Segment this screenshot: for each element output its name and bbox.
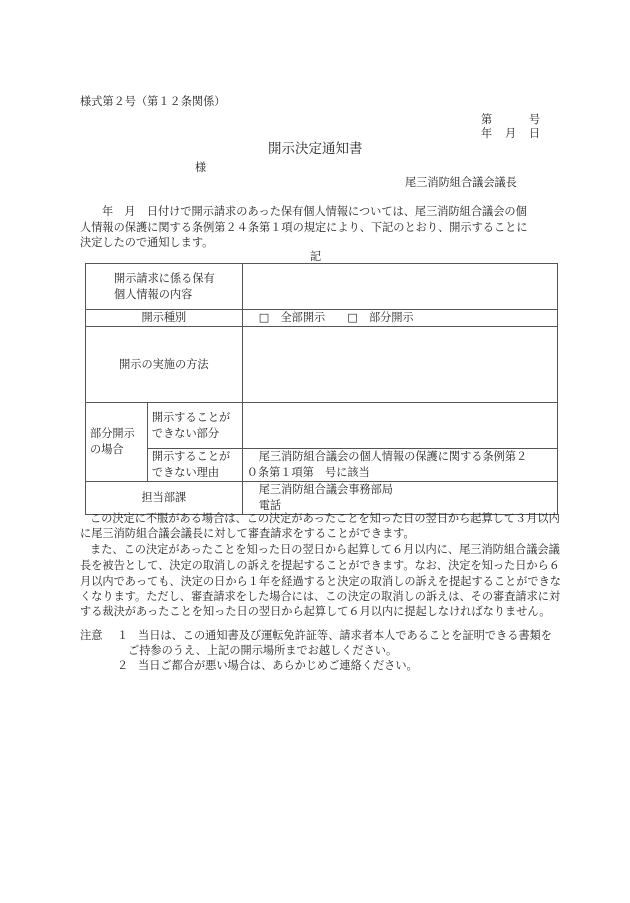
undisclosable-part-value[interactable]: [242, 403, 557, 449]
note-2-line1: 当日ご都合が悪い場合は、あらかじめご連絡ください。: [138, 660, 418, 671]
department-name: 尾三消防組合議会事務部局: [259, 482, 557, 498]
note-1-number: １: [117, 630, 128, 641]
date-day: 日: [529, 128, 540, 139]
appeal-p1-line2: に尾三消防組合議会議長に対して審査請求をすることができます。: [80, 528, 415, 539]
doc-number-suffix: 号: [529, 114, 540, 125]
reason-line: 尾三消防組合議会の個人情報の保護に関する条例第２: [247, 449, 557, 465]
note-1-line1: 当日は、この通知書及び運転免許証等、請求者本人であることを証明できる書類を: [138, 630, 552, 641]
group-label-line: の場合: [90, 442, 147, 458]
appeal-p1-line1: この決定に不服がある場合は、この決定があったことを知った日の翌日から起算して３月…: [90, 513, 560, 524]
issuer: 尾三消防組合議会議長: [405, 177, 517, 188]
table-row: 開示の実施の方法: [86, 327, 558, 403]
row-label-line: 開示請求に係る保有: [114, 271, 242, 287]
undisclosable-part-label: 開示することが できない部分: [147, 403, 242, 449]
table-row: 開示種別 □ 全部開示□ 部分開示: [86, 310, 558, 327]
label-line: 開示することが: [152, 410, 242, 426]
reason-line: ０条第１項第 号に該当: [247, 465, 557, 481]
disclosure-type-options: □ 全部開示□ 部分開示: [242, 310, 557, 327]
form-number: 様式第２号（第１２条関係）: [80, 96, 225, 107]
appeal-p2-line3: 月以内であっても、決定の日から１年を経過すると決定の取消しの訴えを提起することが…: [80, 576, 561, 587]
date-month: 月: [505, 128, 516, 139]
doc-number-prefix: 第: [481, 114, 492, 125]
table-row: 開示請求に係る保有 個人情報の内容: [86, 264, 558, 310]
ki-heading: 記: [310, 251, 321, 262]
label-line: できない理由: [152, 465, 242, 481]
label-line: 開示することが: [152, 449, 242, 465]
note-2-number: ２: [117, 660, 128, 671]
recipient-suffix: 様: [195, 162, 206, 173]
appeal-p2-line1: また、この決定があったことを知った日の翌日から起算して６月以内に、尾三消防組合議…: [90, 544, 560, 555]
table-row: 部分開示 の場合 開示することが できない部分: [86, 403, 558, 449]
row-label-type: 開示種別: [86, 310, 243, 327]
partial-disclosure-checkbox[interactable]: □ 部分開示: [347, 311, 414, 324]
row-label-line: 個人情報の内容: [114, 287, 242, 303]
content-value-cell[interactable]: [242, 264, 557, 310]
group-label-line: 部分開示: [90, 426, 147, 442]
date-year: 年: [481, 128, 492, 139]
row-label-department: 担当部課: [86, 482, 243, 515]
department-value: 尾三消防組合議会事務部局 電話: [242, 482, 557, 515]
appeal-p2-line4: くなります。ただし、審査請求をした場合には、この決定の取消しの訴えは、その審査請…: [80, 591, 560, 602]
document-title: 開示決定通知書: [268, 143, 363, 157]
undisclosable-reason-value: 尾三消防組合議会の個人情報の保護に関する条例第２ ０条第１項第 号に該当: [242, 449, 557, 482]
full-disclosure-checkbox[interactable]: □ 全部開示: [259, 311, 326, 324]
appeal-p2-line5: する裁決があったことを知った日の翌日から起算して６月以内に提起しなければなりませ…: [80, 606, 550, 617]
notes-label: 注意: [80, 630, 102, 641]
intro-line-3: 決定したので通知します。: [80, 237, 213, 248]
disclosure-table: 開示請求に係る保有 個人情報の内容 開示種別 □ 全部開示□ 部分開示 開示の実…: [85, 263, 558, 515]
appeal-p2-line2: 長を被告として、決定の取消しの訴えを提起することができます。なお、決定を知った日…: [80, 560, 560, 571]
intro-line-2: 人情報の保護に関する条例第２４条第１項の規定により、下記のとおり、開示することに: [80, 222, 528, 233]
label-line: できない部分: [152, 426, 242, 442]
table-row: 開示することが できない理由 尾三消防組合議会の個人情報の保護に関する条例第２ …: [86, 449, 558, 482]
method-value-cell[interactable]: [242, 327, 557, 403]
row-label-method: 開示の実施の方法: [86, 327, 243, 403]
row-label-content: 開示請求に係る保有 個人情報の内容: [86, 264, 243, 310]
undisclosable-reason-label: 開示することが できない理由: [147, 449, 242, 482]
intro-line-1: 年 月 日付けで開示請求のあった保有個人情報については、尾三消防組合議会の個: [102, 206, 527, 217]
partial-group-label: 部分開示 の場合: [86, 403, 148, 482]
table-row: 担当部課 尾三消防組合議会事務部局 電話: [86, 482, 558, 515]
note-1-line2: ご持参のうえ、上記の開示場所までお越しください。: [128, 645, 397, 656]
